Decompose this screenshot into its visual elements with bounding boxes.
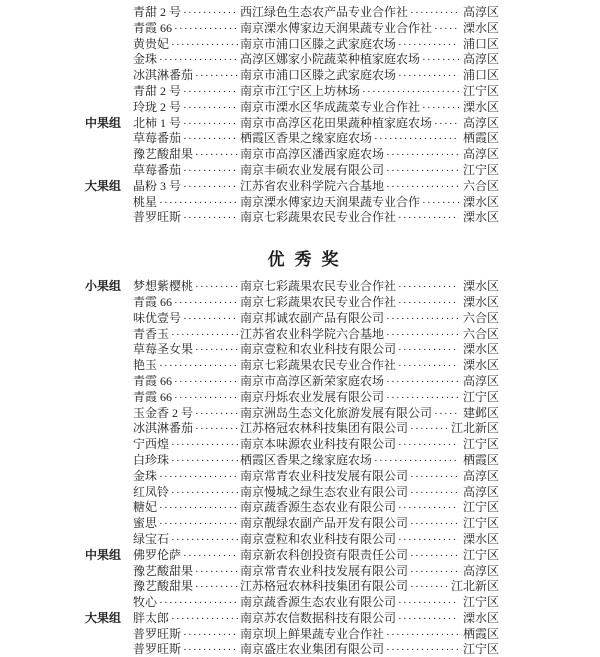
product-cell: 豫艺酸甜果 — [133, 147, 240, 164]
dot-leader — [174, 21, 238, 38]
organization-cell: 南京本味源农业科技有限公司 江宁区 — [240, 437, 499, 454]
organization-cell: 南京市江宁区上坊林场 江宁区 — [240, 84, 499, 101]
organization-cell: 南京市高淳区潘西家庭农场 高淳区 — [240, 147, 499, 164]
dot-leader — [171, 453, 238, 470]
dot-leader — [362, 84, 459, 101]
district-name: 高淳区 — [463, 52, 499, 68]
product-cell: 青霞 66 — [133, 21, 240, 38]
product-name: 普罗旺斯 — [133, 642, 181, 657]
organization-cell: 南京邦诚农副产品有限公司 六合区 — [240, 311, 499, 328]
dot-leader — [374, 453, 459, 470]
product-name: 牧心 — [133, 595, 157, 611]
award-row: 大果组 晶粉 3 号 江苏省农业科学院六合基地 六合区 — [85, 179, 499, 195]
product-name: 梦想紫樱桃 — [133, 279, 193, 295]
dot-leader — [183, 5, 238, 22]
organization-cell: 南京市浦口区滕之武家庭农场 浦口区 — [240, 37, 499, 54]
organization-name: 南京常青农业科技发展有限公司 — [240, 564, 408, 580]
award-row: 黄贵妃 南京市浦口区滕之武家庭农场 浦口区 — [85, 37, 499, 53]
dot-leader — [159, 195, 238, 212]
district-name: 浦口区 — [463, 68, 499, 84]
district-name: 栖霞区 — [463, 627, 499, 643]
organization-name: 江苏省农业科学院六合基地 — [240, 179, 384, 195]
award-row: 草莓番茄 南京丰硕农业发展有限公司 江宁区 — [85, 163, 499, 179]
dot-leader — [398, 611, 459, 628]
organization-name: 西江绿色生态农产品专业合作社 — [240, 5, 408, 21]
organization-name: 南京七彩蔬果农民专业合作社 — [240, 295, 396, 311]
dot-leader — [159, 52, 238, 69]
product-name: 糖妃 — [133, 500, 157, 516]
district-name: 溧水区 — [463, 295, 499, 311]
award-row: 白珍珠 栖霞区香果之缘家庭农场 栖霞区 — [85, 453, 499, 469]
dot-leader — [398, 358, 459, 375]
product-name: 草莓圣女果 — [133, 342, 193, 358]
product-cell: 宁西煌 — [133, 437, 240, 454]
organization-cell: 南京七彩蔬果农民专业合作社 溧水区 — [240, 210, 499, 227]
district-name: 栖霞区 — [463, 131, 499, 147]
organization-cell: 南京丹烁农业发展有限公司 江宁区 — [240, 390, 499, 407]
product-name: 桃星 — [133, 195, 157, 211]
dot-leader — [159, 595, 238, 612]
organization-name: 南京溧水傅家边天润果蔬专业合作 — [240, 195, 420, 211]
product-name: 青霞 66 — [133, 374, 172, 390]
district-name: 江北新区 — [451, 579, 499, 595]
district-name: 江宁区 — [463, 516, 499, 532]
district-name: 高淳区 — [463, 374, 499, 390]
product-name: 普罗旺斯 — [133, 627, 181, 643]
district-name: 溧水区 — [463, 195, 499, 211]
district-name: 高淳区 — [463, 147, 499, 163]
organization-name: 南京本味源农业科技有限公司 — [240, 437, 396, 453]
organization-name: 南京蔬香源生态农业有限公司 — [240, 500, 396, 516]
organization-cell: 南京盛庄农业集团有限公司 江宁区 — [240, 642, 499, 657]
dot-leader — [183, 163, 238, 180]
award-row: 草莓圣女果 南京壹粒和农业科技有限公司 溧水区 — [85, 342, 499, 358]
dot-leader — [195, 564, 238, 581]
product-cell: 青霞 66 — [133, 390, 240, 407]
organization-cell: 南京市高淳区新荣家庭农场 高淳区 — [240, 374, 499, 391]
organization-cell: 南京市高淳区花田果蔬种植家庭农场 高淳区 — [240, 116, 499, 133]
district-name: 江宁区 — [463, 163, 499, 179]
organization-cell: 南京常青农业科技发展有限公司 高淳区 — [240, 564, 499, 581]
dot-leader — [195, 279, 238, 296]
dot-leader — [195, 68, 238, 85]
product-cell: 青甜 2 号 — [133, 84, 240, 101]
award-row: 金珠 南京常青农业科技发展有限公司 高淳区 — [85, 469, 499, 485]
organization-cell: 南京蔬香源生态农业有限公司 江宁区 — [240, 595, 499, 612]
product-cell: 草莓番茄 — [133, 163, 240, 180]
dot-leader — [386, 147, 459, 164]
award-row: 玲珑 2 号 南京市溧水区华成蔬菜专业合作社 溧水区 — [85, 100, 499, 116]
organization-name: 南京洲岛生态文化旅游发展有限公司 — [240, 406, 432, 422]
organization-cell: 高淳区娜家小院蔬菜种植家庭农场 高淳区 — [240, 52, 499, 69]
product-cell: 豫艺酸甜果 — [133, 579, 240, 596]
award-row: 青霞 66 南京七彩蔬果农民专业合作社 溧水区 — [85, 295, 499, 311]
district-name: 江北新区 — [451, 421, 499, 437]
dot-leader — [183, 210, 238, 227]
district-name: 浦口区 — [463, 37, 499, 53]
product-cell: 红凤铃 — [133, 485, 240, 502]
organization-cell: 南京市溧水区华成蔬菜专业合作社 溧水区 — [240, 100, 499, 117]
dot-leader — [195, 342, 238, 359]
dot-leader — [386, 390, 459, 407]
district-name: 江宁区 — [463, 390, 499, 406]
product-cell: 青霞 66 — [133, 295, 240, 312]
district-name: 江宁区 — [463, 595, 499, 611]
organization-name: 南京靓绿农副产品开发有限公司 — [240, 516, 408, 532]
dot-leader — [410, 469, 459, 486]
product-name: 豫艺酸甜果 — [133, 579, 193, 595]
organization-name: 栖霞区香果之缘家庭农场 — [240, 131, 372, 147]
product-name: 艳玉 — [133, 358, 157, 374]
organization-cell: 南京溧水傅家边天润果蔬专业合作 溧水区 — [240, 195, 499, 212]
document-page: 青甜 2 号 西江绿色生态农产品专业合作社 高淳区 青霞 66 南京溧水傅家边天… — [0, 0, 600, 657]
district-name: 高淳区 — [463, 485, 499, 501]
award-row: 绿宝石 南京壹粒和农业科技有限公司 溧水区 — [85, 532, 499, 548]
organization-name: 南京坝上鲜果蔬专业合作社 — [240, 627, 384, 643]
dot-leader — [434, 406, 459, 423]
dot-leader — [159, 500, 238, 517]
product-cell: 桃星 — [133, 195, 240, 212]
product-name: 青甜 2 号 — [133, 84, 181, 100]
product-name: 佛罗伦萨 — [133, 548, 181, 564]
product-cell: 北柿 1 号 — [133, 116, 240, 133]
product-cell: 金珠 — [133, 52, 240, 69]
organization-cell: 南京洲岛生态文化旅游发展有限公司 建邺区 — [240, 406, 499, 423]
award-row: 普罗旺斯 南京盛庄农业集团有限公司 江宁区 — [85, 642, 499, 657]
product-cell: 牧心 — [133, 595, 240, 612]
organization-cell: 南京市浦口区滕之武家庭农场 浦口区 — [240, 68, 499, 85]
award-row: 豫艺酸甜果 南京常青农业科技发展有限公司 高淳区 — [85, 564, 499, 580]
award-row: 青霞 66 南京溧水傅家边天润果蔬专业合作社 溧水区 — [85, 21, 499, 37]
organization-name: 南京溧水傅家边天润果蔬专业合作社 — [240, 21, 432, 37]
organization-name: 江苏格冠农林科技集团有限公司 — [240, 579, 408, 595]
group-label: 中果组 — [85, 116, 133, 132]
organization-cell: 南京丰硕农业发展有限公司 江宁区 — [240, 163, 499, 180]
dot-leader — [183, 642, 238, 657]
dot-leader — [410, 5, 459, 22]
product-name: 青香玉 — [133, 327, 169, 343]
dot-leader — [422, 52, 459, 69]
product-cell: 梦想紫樱桃 — [133, 279, 240, 296]
district-name: 江宁区 — [463, 437, 499, 453]
dot-leader — [171, 611, 238, 628]
product-name: 红凤铃 — [133, 485, 169, 501]
product-cell: 普罗旺斯 — [133, 642, 240, 657]
award-row: 味优壹号 南京邦诚农副产品有限公司 六合区 — [85, 311, 499, 327]
district-name: 溧水区 — [463, 21, 499, 37]
dot-leader — [195, 421, 238, 438]
product-name: 草莓番茄 — [133, 131, 181, 147]
district-name: 溧水区 — [463, 358, 499, 374]
dot-leader — [410, 564, 459, 581]
dot-leader — [171, 532, 238, 549]
product-cell: 白珍珠 — [133, 453, 240, 470]
organization-name: 南京七彩蔬果农民专业合作社 — [240, 210, 396, 226]
dot-leader — [398, 532, 459, 549]
organization-name: 南京壹粒和农业科技有限公司 — [240, 532, 396, 548]
organization-name: 高淳区娜家小院蔬菜种植家庭农场 — [240, 52, 420, 68]
organization-name: 江苏省农业科学院六合基地 — [240, 327, 384, 343]
award-row: 金珠 高淳区娜家小院蔬菜种植家庭农场 高淳区 — [85, 52, 499, 68]
organization-cell: 南京常青农业科技发展有限公司 高淳区 — [240, 469, 499, 486]
district-name: 六合区 — [463, 311, 499, 327]
dot-leader — [422, 195, 459, 212]
organization-cell: 南京慢城之绿生态农业有限公司 高淳区 — [240, 485, 499, 502]
organization-cell: 南京七彩蔬果农民专业合作社 溧水区 — [240, 279, 499, 296]
dot-leader — [422, 100, 459, 117]
district-name: 高淳区 — [463, 5, 499, 21]
organization-name: 江苏格冠农林科技集团有限公司 — [240, 421, 408, 437]
district-name: 高淳区 — [463, 116, 499, 132]
dot-leader — [386, 642, 459, 657]
organization-name: 南京壹粒和农业科技有限公司 — [240, 342, 396, 358]
district-name: 六合区 — [463, 179, 499, 195]
dot-leader — [159, 469, 238, 486]
product-name: 胖太郎 — [133, 611, 169, 627]
group-label: 小果组 — [85, 279, 133, 295]
district-name: 溧水区 — [463, 210, 499, 226]
organization-name: 南京邦诚农副产品有限公司 — [240, 311, 384, 327]
award-row: 玉金香 2 号 南京洲岛生态文化旅游发展有限公司 建邺区 — [85, 406, 499, 422]
product-name: 豫艺酸甜果 — [133, 564, 193, 580]
dot-leader — [195, 147, 238, 164]
award-row: 中果组 北柿 1 号 南京市高淳区花田果蔬种植家庭农场 高淳区 — [85, 116, 499, 132]
dot-leader — [398, 500, 459, 517]
product-name: 玲珑 2 号 — [133, 100, 181, 116]
product-name: 普罗旺斯 — [133, 210, 181, 226]
dot-leader — [398, 68, 459, 85]
product-name: 蜜思 — [133, 516, 157, 532]
organization-cell: 南京新农科创投资有限责任公司 江宁区 — [240, 548, 499, 565]
award-row: 冰淇淋番茄 南京市浦口区滕之武家庭农场 浦口区 — [85, 68, 499, 84]
district-name: 高淳区 — [463, 469, 499, 485]
district-name: 溧水区 — [463, 342, 499, 358]
award-row: 青霞 66 南京市高淳区新荣家庭农场 高淳区 — [85, 374, 499, 390]
organization-name: 南京七彩蔬果农民专业合作社 — [240, 358, 396, 374]
product-name: 晶粉 3 号 — [133, 179, 181, 195]
product-cell: 冰淇淋番茄 — [133, 68, 240, 85]
award-row: 红凤铃 南京慢城之绿生态农业有限公司 高淳区 — [85, 485, 499, 501]
dot-leader — [410, 548, 459, 565]
dot-leader — [183, 627, 238, 644]
product-cell: 胖太郎 — [133, 611, 240, 628]
award-row: 中果组 佛罗伦萨 南京新农科创投资有限责任公司 江宁区 — [85, 548, 499, 564]
organization-cell: 南京溧水傅家边天润果蔬专业合作社 溧水区 — [240, 21, 499, 38]
group-label: 大果组 — [85, 611, 133, 627]
dot-leader — [159, 516, 238, 533]
product-cell: 草莓圣女果 — [133, 342, 240, 359]
district-name: 溧水区 — [463, 279, 499, 295]
product-cell: 玉金香 2 号 — [133, 406, 240, 423]
award-row: 牧心 南京蔬香源生态农业有限公司 江宁区 — [85, 595, 499, 611]
product-cell: 蜜思 — [133, 516, 240, 533]
product-cell: 味优壹号 — [133, 311, 240, 328]
dot-leader — [398, 595, 459, 612]
organization-cell: 江苏格冠农林科技集团有限公司 江北新区 — [240, 421, 499, 438]
product-cell: 青香玉 — [133, 327, 240, 344]
organization-cell: 南京靓绿农副产品开发有限公司 江宁区 — [240, 516, 499, 533]
dot-leader — [410, 485, 459, 502]
product-cell: 青甜 2 号 — [133, 5, 240, 22]
product-name: 味优壹号 — [133, 311, 181, 327]
organization-name: 南京市浦口区滕之武家庭农场 — [240, 68, 396, 84]
award-row: 小果组 梦想紫樱桃 南京七彩蔬果农民专业合作社 溧水区 — [85, 279, 499, 295]
product-name: 青霞 66 — [133, 295, 172, 311]
dot-leader — [398, 37, 459, 54]
organization-name: 南京市浦口区滕之武家庭农场 — [240, 37, 396, 53]
product-name: 玉金香 2 号 — [133, 406, 193, 422]
product-cell: 佛罗伦萨 — [133, 548, 240, 565]
organization-name: 南京丹烁农业发展有限公司 — [240, 390, 384, 406]
product-cell: 普罗旺斯 — [133, 210, 240, 227]
organization-cell: 南京壹粒和农业科技有限公司 溧水区 — [240, 532, 499, 549]
dot-leader — [386, 374, 459, 391]
organization-cell: 南京七彩蔬果农民专业合作社 溧水区 — [240, 358, 499, 375]
product-cell: 玲珑 2 号 — [133, 100, 240, 117]
product-name: 青霞 66 — [133, 21, 172, 37]
product-name: 冰淇淋番茄 — [133, 421, 193, 437]
dot-leader — [171, 327, 238, 344]
product-cell: 豫艺酸甜果 — [133, 564, 240, 581]
organization-cell: 南京壹粒和农业科技有限公司 溧水区 — [240, 342, 499, 359]
dot-leader — [183, 116, 238, 133]
dot-leader — [410, 421, 447, 438]
award-heading: 优秀奖 — [0, 248, 600, 272]
dot-leader — [183, 179, 238, 196]
dot-leader — [174, 295, 238, 312]
award-row: 豫艺酸甜果 南京市高淳区潘西家庭农场 高淳区 — [85, 147, 499, 163]
organization-cell: 南京坝上鲜果蔬专业合作社 栖霞区 — [240, 627, 499, 644]
dot-leader — [195, 579, 238, 596]
product-name: 绿宝石 — [133, 532, 169, 548]
organization-cell: 江苏格冠农林科技集团有限公司 江北新区 — [240, 579, 499, 596]
award-row: 普罗旺斯 南京坝上鲜果蔬专业合作社 栖霞区 — [85, 627, 499, 643]
product-cell: 黄贵妃 — [133, 37, 240, 54]
award-list-top: 青甜 2 号 西江绿色生态农产品专业合作社 高淳区 青霞 66 南京溧水傅家边天… — [85, 0, 499, 226]
award-row: 豫艺酸甜果 江苏格冠农林科技集团有限公司 江北新区 — [85, 579, 499, 595]
product-name: 北柿 1 号 — [133, 116, 181, 132]
dot-leader — [183, 311, 238, 328]
award-row: 蜜思 南京靓绿农副产品开发有限公司 江宁区 — [85, 516, 499, 532]
district-name: 高淳区 — [463, 564, 499, 580]
dot-leader — [171, 37, 238, 54]
district-name: 江宁区 — [463, 84, 499, 100]
group-label: 中果组 — [85, 548, 133, 564]
dot-leader — [183, 100, 238, 117]
award-row: 宁西煌 南京本味源农业科技有限公司 江宁区 — [85, 437, 499, 453]
product-cell: 晶粉 3 号 — [133, 179, 240, 196]
dot-leader — [386, 327, 459, 344]
dot-leader — [171, 485, 238, 502]
dot-leader — [171, 437, 238, 454]
organization-name: 栖霞区香果之缘家庭农场 — [240, 453, 372, 469]
organization-name: 南京新农科创投资有限责任公司 — [240, 548, 408, 564]
product-name: 黄贵妃 — [133, 37, 169, 53]
dot-leader — [398, 295, 459, 312]
dot-leader — [174, 390, 238, 407]
district-name: 栖霞区 — [463, 453, 499, 469]
dot-leader — [398, 210, 459, 227]
product-cell: 普罗旺斯 — [133, 627, 240, 644]
award-list-excellence: 小果组 梦想紫樱桃 南京七彩蔬果农民专业合作社 溧水区 青霞 66 — [85, 279, 499, 657]
dot-leader — [386, 311, 459, 328]
organization-name: 南京常青农业科技发展有限公司 — [240, 469, 408, 485]
award-row: 糖妃 南京蔬香源生态农业有限公司 江宁区 — [85, 500, 499, 516]
product-name: 豫艺酸甜果 — [133, 147, 193, 163]
dot-leader — [410, 579, 447, 596]
dot-leader — [183, 548, 238, 565]
award-row: 青甜 2 号 南京市江宁区上坊林场 江宁区 — [85, 84, 499, 100]
award-row: 冰淇淋番茄 江苏格冠农林科技集团有限公司 江北新区 — [85, 421, 499, 437]
product-cell: 草莓番茄 — [133, 131, 240, 148]
organization-name: 南京慢城之绿生态农业有限公司 — [240, 485, 408, 501]
dot-leader — [398, 342, 459, 359]
product-cell: 艳玉 — [133, 358, 240, 375]
dot-leader — [183, 84, 238, 101]
dot-leader — [434, 21, 459, 38]
group-label: 大果组 — [85, 179, 133, 195]
district-name: 江宁区 — [463, 548, 499, 564]
organization-name: 南京七彩蔬果农民专业合作社 — [240, 279, 396, 295]
award-row: 大果组 胖太郎 南京苏农信数据科技有限公司 溧水区 — [85, 611, 499, 627]
product-cell: 金珠 — [133, 469, 240, 486]
district-name: 溧水区 — [463, 611, 499, 627]
award-row: 青甜 2 号 西江绿色生态农产品专业合作社 高淳区 — [85, 5, 499, 21]
dot-leader — [398, 279, 459, 296]
district-name: 溧水区 — [463, 532, 499, 548]
dot-leader — [410, 516, 459, 533]
product-name: 金珠 — [133, 469, 157, 485]
product-name: 白珍珠 — [133, 453, 169, 469]
product-name: 冰淇淋番茄 — [133, 68, 193, 84]
organization-name: 南京丰硕农业发展有限公司 — [240, 163, 384, 179]
dot-leader — [374, 131, 459, 148]
organization-cell: 南京蔬香源生态农业有限公司 江宁区 — [240, 500, 499, 517]
organization-cell: 西江绿色生态农产品专业合作社 高淳区 — [240, 5, 499, 22]
dot-leader — [183, 131, 238, 148]
product-name: 宁西煌 — [133, 437, 169, 453]
district-name: 溧水区 — [463, 100, 499, 116]
organization-name: 南京市江宁区上坊林场 — [240, 84, 360, 100]
product-name: 金珠 — [133, 52, 157, 68]
district-name: 六合区 — [463, 327, 499, 343]
dot-leader — [386, 163, 459, 180]
organization-cell: 栖霞区香果之缘家庭农场 栖霞区 — [240, 453, 499, 470]
award-row: 青香玉 江苏省农业科学院六合基地 六合区 — [85, 327, 499, 343]
organization-cell: 南京苏农信数据科技有限公司 溧水区 — [240, 611, 499, 628]
product-cell: 冰淇淋番茄 — [133, 421, 240, 438]
organization-name: 南京市溧水区华成蔬菜专业合作社 — [240, 100, 420, 116]
dot-leader — [195, 406, 238, 423]
dot-leader — [398, 437, 459, 454]
district-name: 江宁区 — [463, 500, 499, 516]
product-name: 青甜 2 号 — [133, 5, 181, 21]
organization-name: 南京蔬香源生态农业有限公司 — [240, 595, 396, 611]
organization-name: 南京苏农信数据科技有限公司 — [240, 611, 396, 627]
dot-leader — [159, 358, 238, 375]
product-cell: 糖妃 — [133, 500, 240, 517]
award-row: 普罗旺斯 南京七彩蔬果农民专业合作社 溧水区 — [85, 210, 499, 226]
product-name: 草莓番茄 — [133, 163, 181, 179]
product-cell: 青霞 66 — [133, 374, 240, 391]
organization-name: 南京市高淳区新荣家庭农场 — [240, 374, 384, 390]
dot-leader — [386, 179, 459, 196]
award-row: 艳玉 南京七彩蔬果农民专业合作社 溧水区 — [85, 358, 499, 374]
organization-name: 南京盛庄农业集团有限公司 — [240, 642, 384, 657]
award-row: 青霞 66 南京丹烁农业发展有限公司 江宁区 — [85, 390, 499, 406]
organization-cell: 江苏省农业科学院六合基地 六合区 — [240, 327, 499, 344]
dot-leader — [434, 116, 459, 133]
